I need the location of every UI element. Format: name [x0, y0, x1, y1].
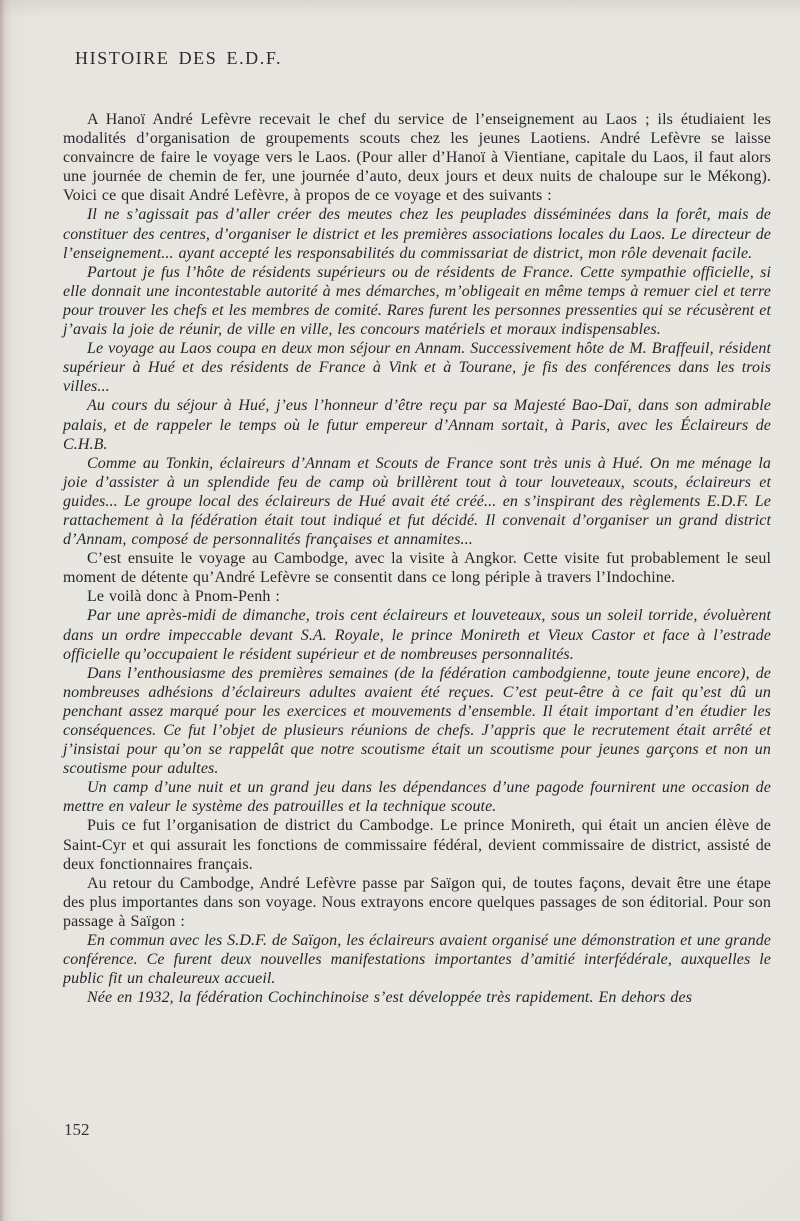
paragraph-6: Comme au Tonkin, éclaireurs d’Annam et S… [63, 454, 771, 549]
paragraph-4: Le voyage au Laos coupa en deux mon séjo… [63, 339, 771, 396]
book-page: HISTOIRE DES E.D.F. A Hanoï André Lefèvr… [0, 0, 800, 1221]
paragraph-15: Née en 1932, la fédération Cochinchinois… [63, 988, 771, 1007]
paragraph-1: A Hanoï André Lefèvre recevait le chef d… [63, 110, 771, 205]
paragraph-5: Au cours du séjour à Hué, j’eus l’honneu… [63, 396, 771, 453]
paragraph-7: C’est ensuite le voyage au Cambodge, ave… [63, 549, 771, 587]
paragraph-12: Puis ce fut l’organisation de district d… [63, 816, 771, 873]
paragraph-13: Au retour du Cambodge, André Lefèvre pas… [63, 874, 771, 931]
paragraph-9: Par une après-midi de dimanche, trois ce… [63, 606, 771, 663]
running-title: HISTOIRE DES E.D.F. [75, 48, 282, 69]
paragraph-3: Partout je fus l’hôte de résidents supér… [63, 263, 771, 339]
paragraph-2: Il ne s’agissait pas d’aller créer des m… [63, 205, 771, 262]
paragraph-11: Un camp d’une nuit et un grand jeu dans … [63, 778, 771, 816]
paragraph-14: En commun avec les S.D.F. de Saïgon, les… [63, 931, 771, 988]
paragraph-8: Le voilà donc à Pnom-Penh : [63, 587, 771, 606]
paragraph-10: Dans l’enthousiasme des premières semain… [63, 664, 771, 779]
page-number: 152 [64, 1120, 90, 1140]
body-text: A Hanoï André Lefèvre recevait le chef d… [63, 110, 771, 1007]
